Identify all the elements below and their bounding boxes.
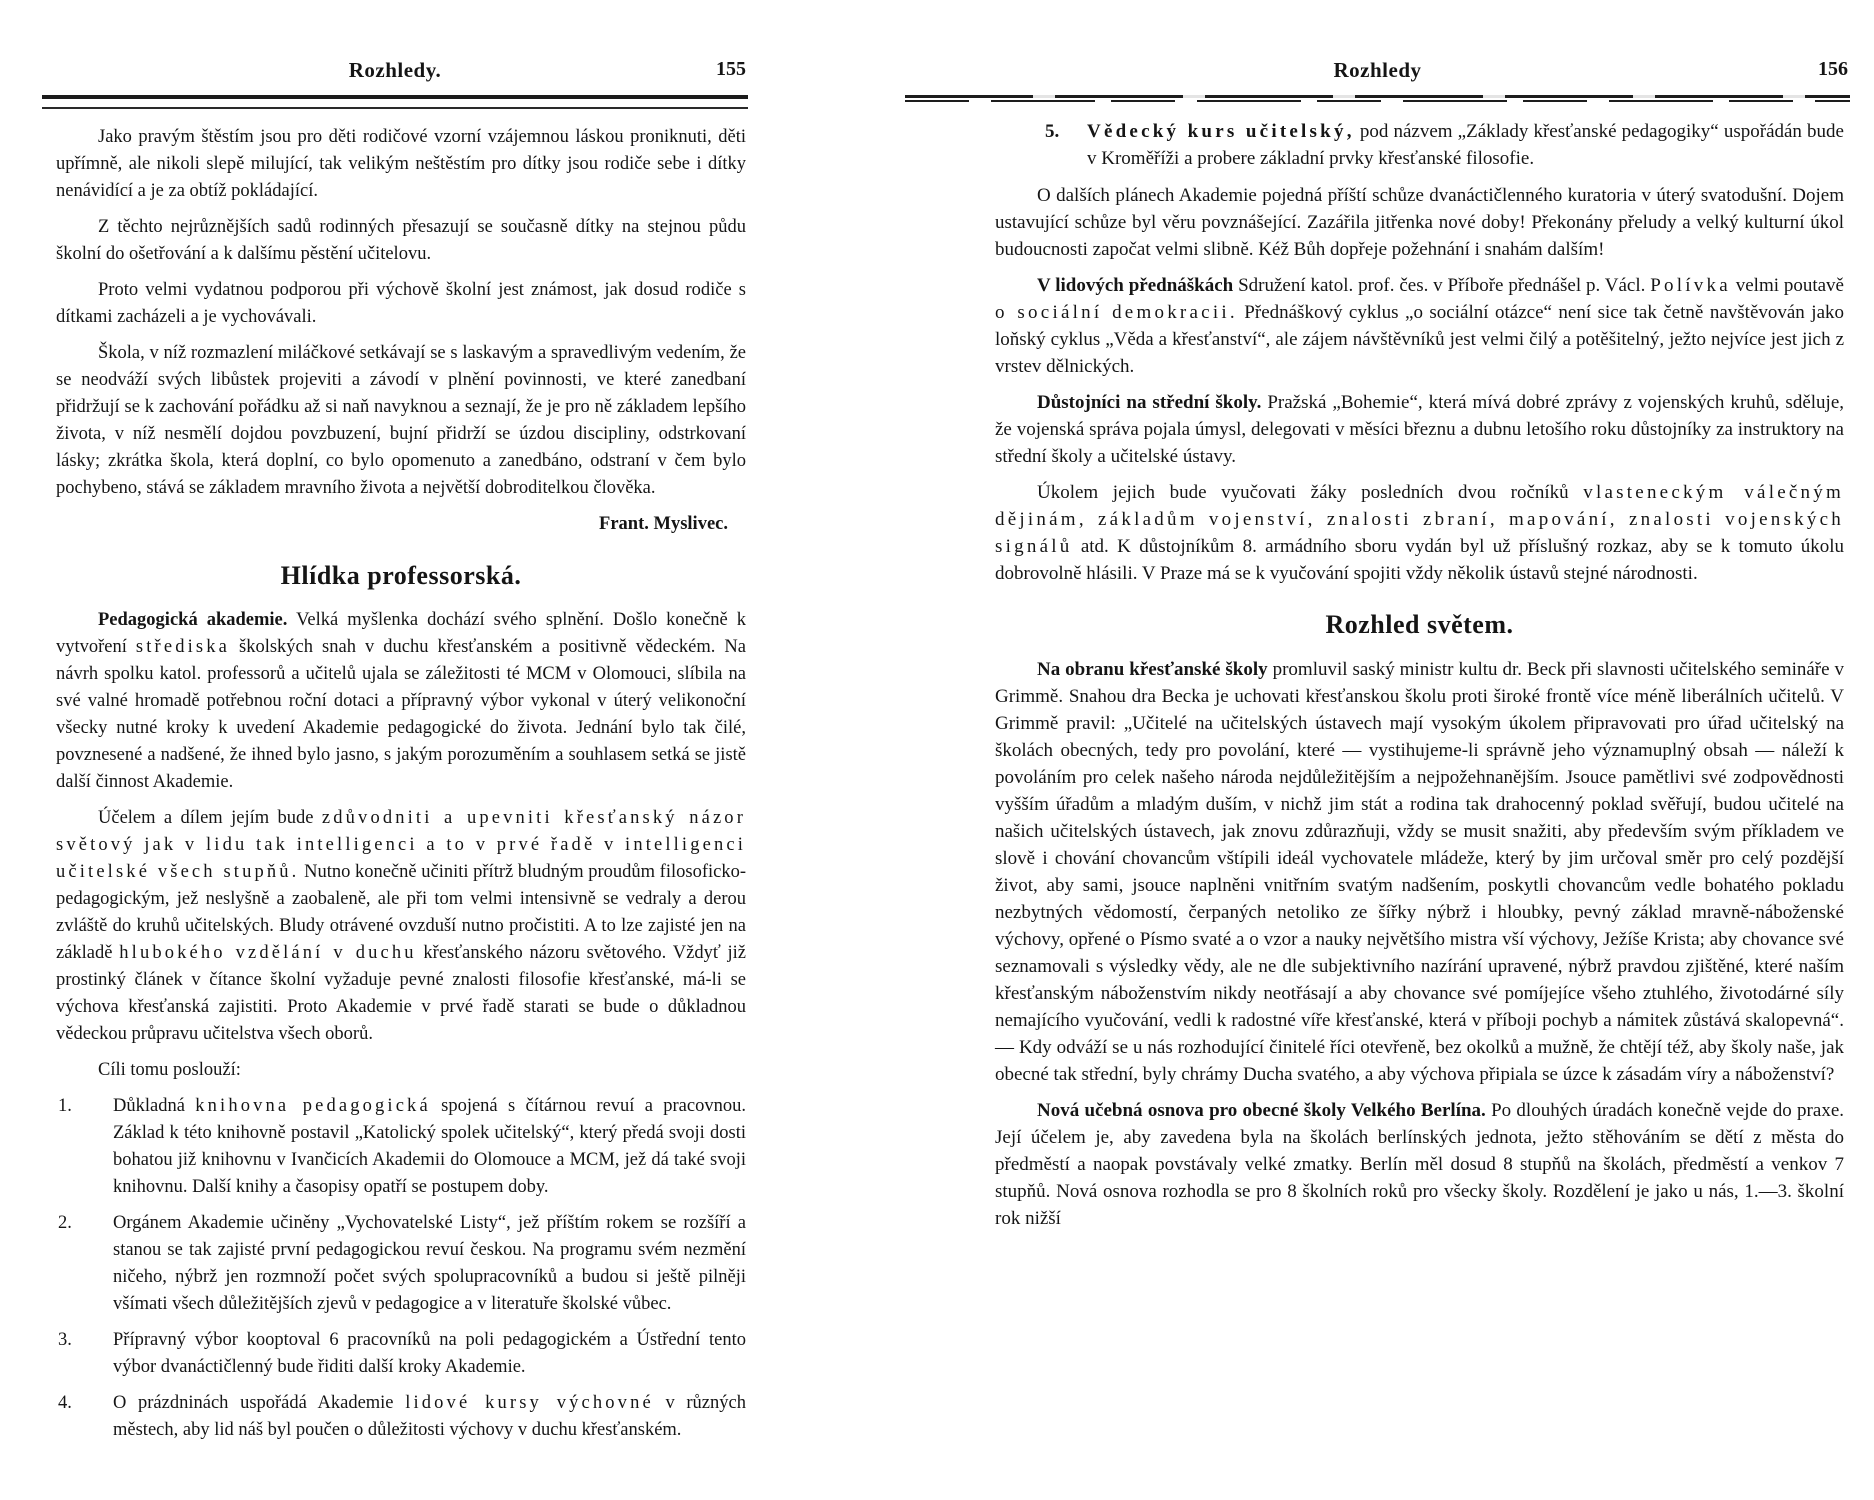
text-run: Pedagogická akademie. [98, 610, 287, 630]
page-number-left: 155 [716, 58, 746, 81]
text-run: Sdružení katol. prof. čes. v Příboře pře… [1233, 275, 1650, 296]
text-run: atd. K důstojníkům 8. armádního sboru vy… [995, 536, 1844, 584]
list-item: 2. Orgánem Akademie učiněny „Vychovatels… [56, 1210, 746, 1318]
paragraph: Důstojníci na střední školy. Pražská „Bo… [995, 389, 1844, 470]
text-run: o sociální demokracii. [995, 302, 1238, 323]
text-run: Cíli tomu poslouží: [98, 1060, 241, 1080]
page-155-header: Rozhledy. 155 [42, 58, 748, 92]
paragraph: Nová učebná osnova pro obecné školy Velk… [995, 1097, 1844, 1232]
list-item-number: 3. [58, 1327, 72, 1354]
list-item: 3. Přípravný výbor kooptoval 6 pracovník… [56, 1327, 746, 1381]
text-run: knihovna pedagogická [195, 1096, 431, 1116]
paragraph: Účelem a dílem jejím bude zdůvodniti a u… [56, 805, 746, 1048]
scanned-journal-spread: Rozhledy. 155 Jako pravým štěstím jsou p… [0, 0, 1874, 1500]
paragraph: Z těchto nejrůznějších sadů rodinných př… [56, 214, 746, 268]
running-title-left: Rozhledy. [42, 58, 748, 83]
list-item-number: 4. [58, 1390, 72, 1417]
section-heading-rozhled: Rozhled světem. [995, 609, 1844, 641]
author-signature: Frant. Myslivec. [56, 511, 728, 538]
text-run: Jako pravým štěstím jsou pro děti rodičo… [56, 127, 746, 201]
list-item-number: 1. [58, 1093, 72, 1120]
header-rule-left [42, 95, 748, 109]
page-155: Rozhledy. 155 Jako pravým štěstím jsou p… [42, 58, 748, 1453]
paragraph: Proto velmi vydatnou podporou při výchov… [56, 277, 746, 331]
list-item-text: Vědecký kurs učitelský, pod názvem „Zákl… [1087, 121, 1844, 169]
section-heading-hlidka: Hlídka professorská. [56, 560, 746, 592]
list-item-number: 2. [58, 1210, 72, 1237]
list-item-number: 5. [1045, 118, 1059, 145]
list-item-text: Důkladná knihovna pedagogická spojená s … [113, 1096, 746, 1197]
text-run: Úkolem jejich bude vyučovati žáky posled… [1037, 482, 1583, 503]
text-run: Škola, v níž rozmazlení miláčkové setkáv… [56, 343, 746, 498]
text-run: Na obranu křesťanské školy [1037, 659, 1268, 680]
text-run: Důstojníci na střední školy. [1037, 392, 1261, 413]
list-item: 1. Důkladná knihovna pedagogická spojená… [56, 1093, 746, 1201]
page-156: Rozhledy 156 5. Vědecký kurs učitelský, … [905, 58, 1850, 1241]
list-item: 5. Vědecký kurs učitelský, pod názvem „Z… [995, 118, 1844, 172]
page-number-right: 156 [1818, 58, 1848, 81]
text-run: O dalších plánech Akademie pojedná příšt… [995, 185, 1844, 260]
header-rule-right [905, 95, 1850, 103]
page-155-body: Jako pravým štěstím jsou pro děti rodičo… [42, 124, 748, 1444]
text-run: Proto velmi vydatnou podporou při výchov… [56, 280, 746, 327]
text-run: promluvil saský ministr kultu dr. Beck p… [995, 659, 1844, 1085]
paragraph: Škola, v níž rozmazlení miláčkové setkáv… [56, 340, 746, 502]
page-156-header: Rozhledy 156 [905, 58, 1850, 92]
paragraph: Na obranu křesťanské školy promluvil sas… [995, 656, 1844, 1088]
text-run: Důkladná [113, 1096, 195, 1116]
list-item-text: Přípravný výbor kooptoval 6 pracovníků n… [113, 1330, 746, 1377]
paragraph: Pedagogická akademie. Velká myšlenka doc… [56, 607, 746, 796]
text-run: Přípravný výbor kooptoval 6 pracovníků n… [113, 1330, 746, 1377]
paragraph: Úkolem jejich bude vyučovati žáky posled… [995, 479, 1844, 587]
text-run: Vědecký kurs učitelský, [1087, 121, 1355, 142]
text-run: střediska [136, 637, 230, 657]
text-run: V lidových přednáškách [1037, 275, 1233, 296]
numbered-list: 1. Důkladná knihovna pedagogická spojená… [56, 1093, 746, 1444]
list-item: 4. O prázdninách uspořádá Akademie lidov… [56, 1390, 746, 1444]
paragraph: Cíli tomu poslouží: [56, 1057, 746, 1084]
text-run: Účelem a dílem jejím bude [98, 808, 322, 828]
text-run: O prázdninách uspořádá Akademie [113, 1393, 405, 1413]
text-run: školských snah v duchu křesťanském a pos… [56, 637, 746, 792]
list-item-text: O prázdninách uspořádá Akademie lidové k… [113, 1393, 746, 1440]
running-title-right: Rozhledy [905, 58, 1850, 83]
page-156-body: 5. Vědecký kurs učitelský, pod názvem „Z… [905, 118, 1850, 1232]
text-run: hlubokého vzdělání v duchu [119, 943, 416, 963]
paragraph: Jako pravým štěstím jsou pro děti rodičo… [56, 124, 746, 205]
text-run: Orgánem Akademie učiněny „Vychovatelské … [113, 1213, 746, 1314]
text-run: lidové kursy výchovné [405, 1393, 654, 1413]
paragraph: V lidových přednáškách Sdružení katol. p… [995, 272, 1844, 380]
text-run: Z těchto nejrůznějších sadů rodinných př… [56, 217, 746, 264]
text-run: velmi poutavě [1731, 275, 1844, 296]
text-run: Polívka [1650, 275, 1731, 296]
list-item-text: Orgánem Akademie učiněny „Vychovatelské … [113, 1213, 746, 1314]
paragraph: O dalších plánech Akademie pojedná příšt… [995, 182, 1844, 263]
text-run: Nová učebná osnova pro obecné školy Velk… [1037, 1100, 1486, 1121]
